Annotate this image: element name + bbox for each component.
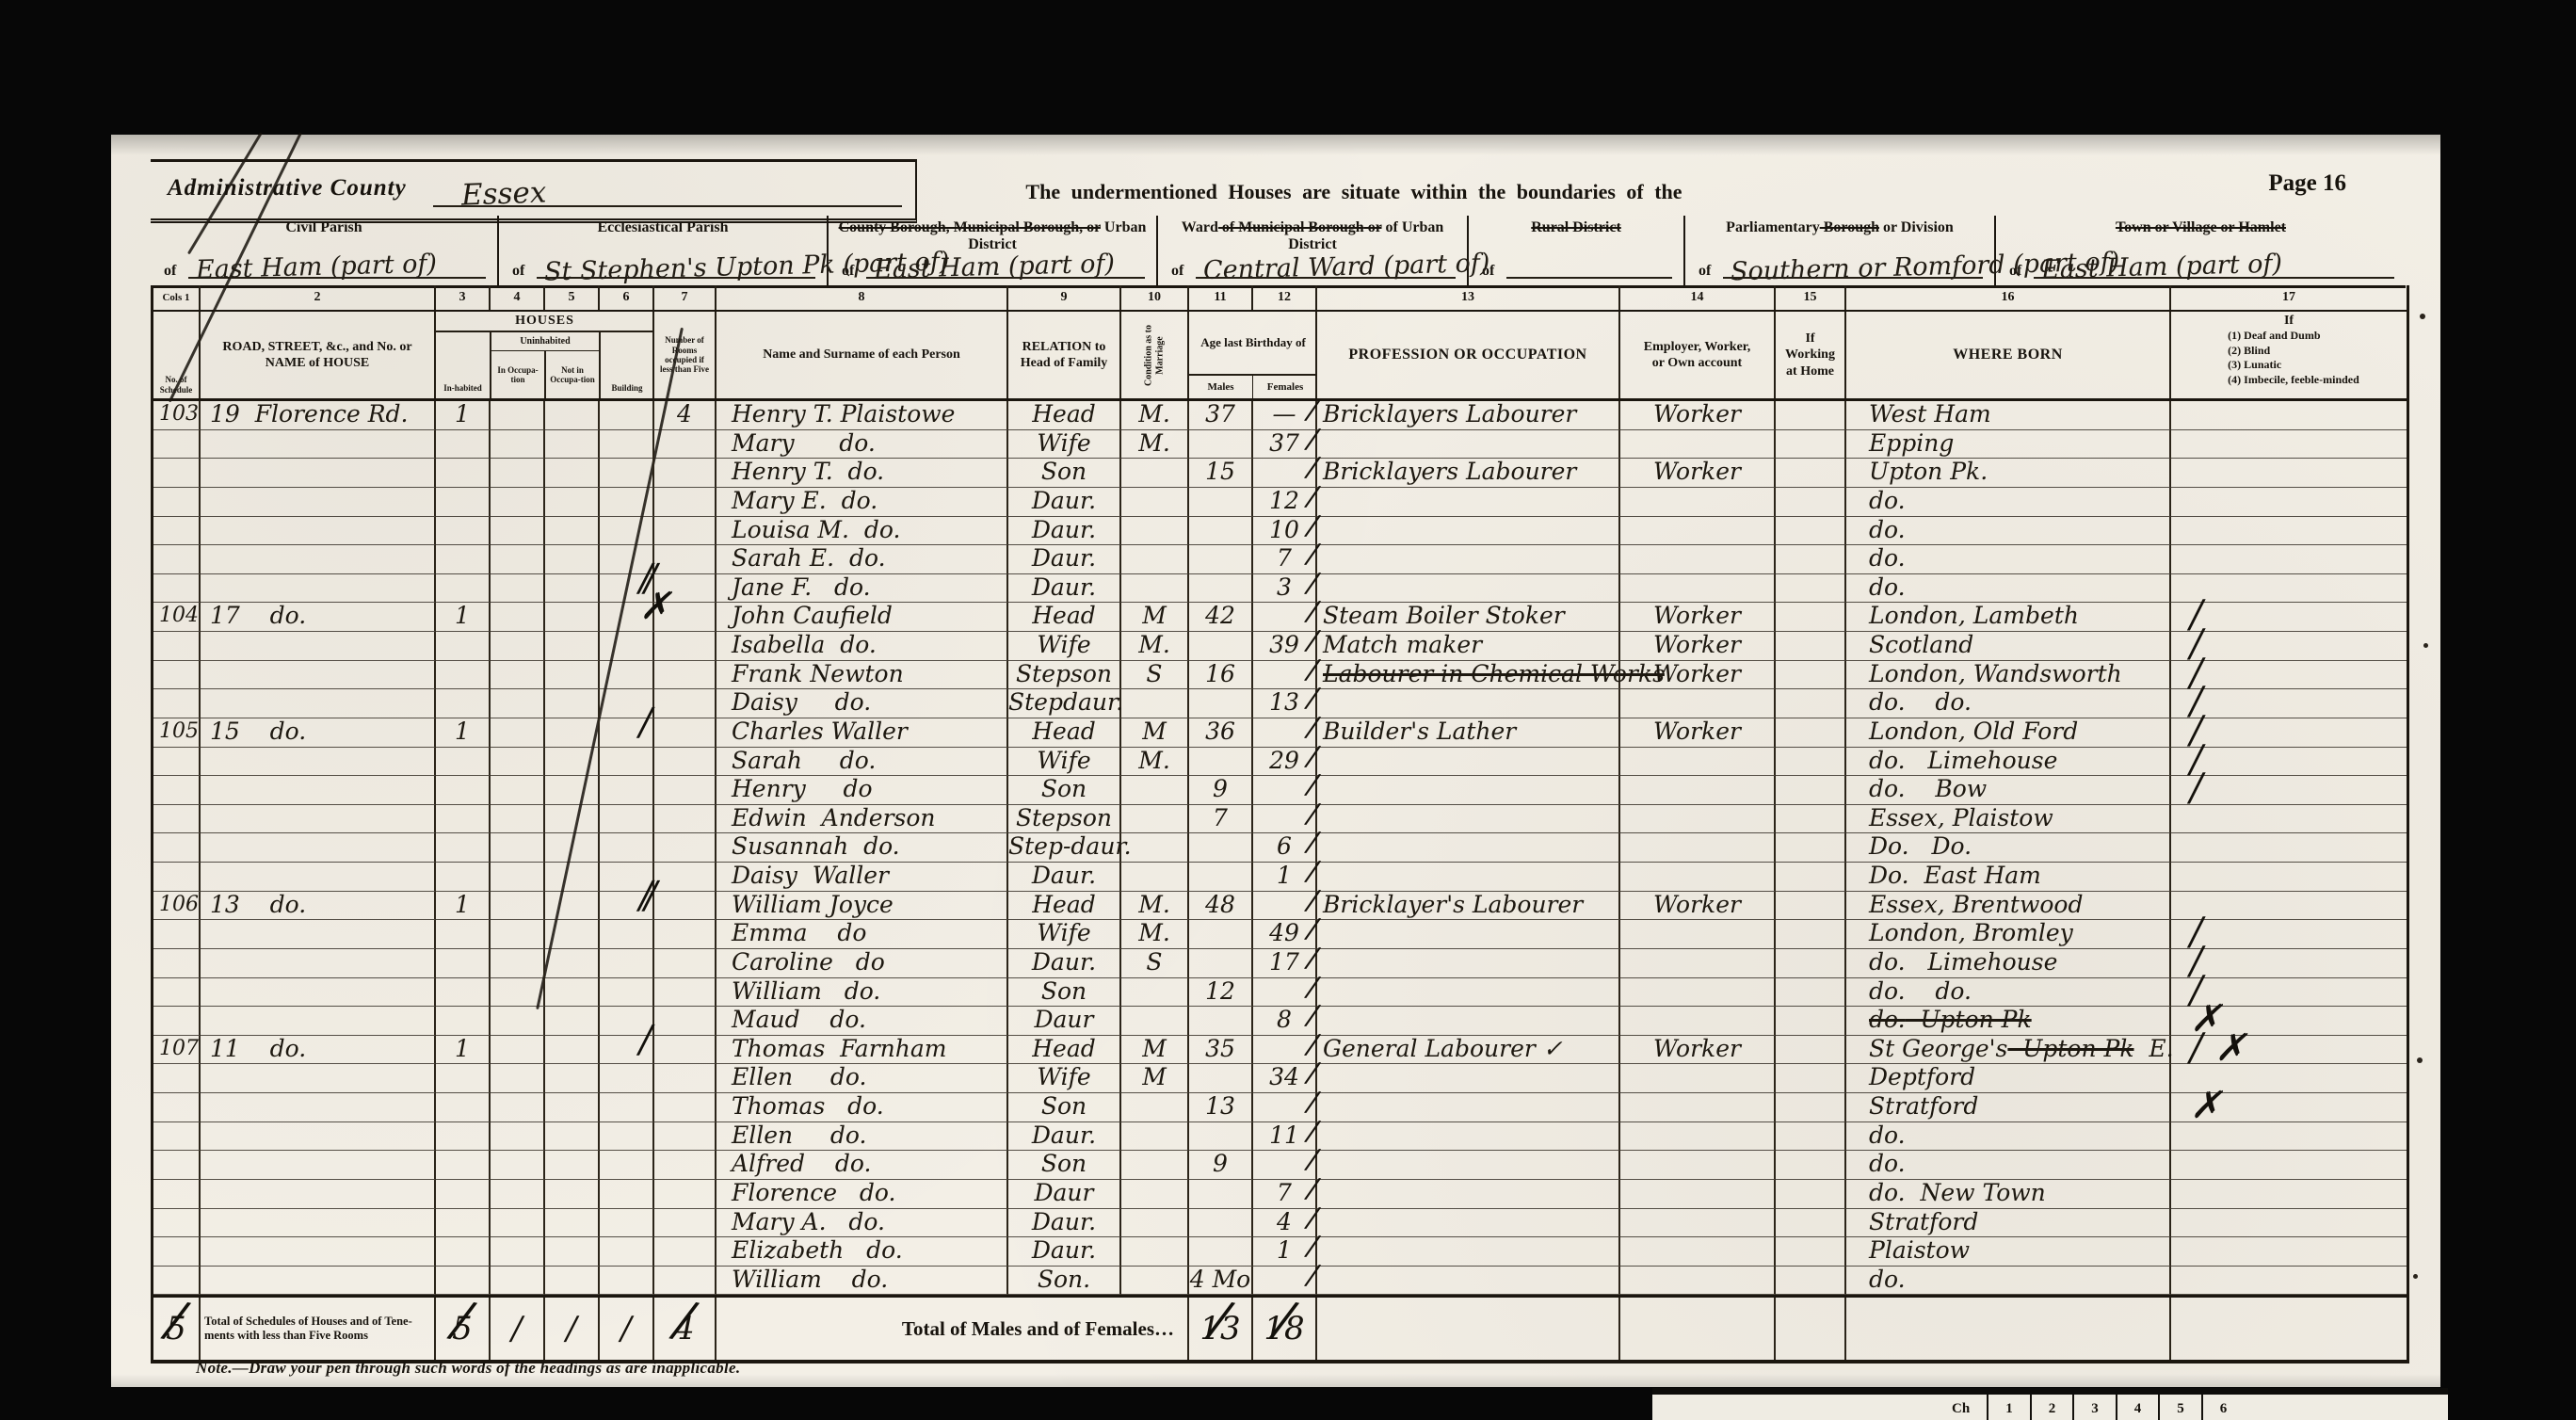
cell-age-male: 15 bbox=[1189, 459, 1253, 488]
cell-age-male: 37 bbox=[1189, 401, 1253, 430]
cell-schedule-number bbox=[153, 488, 201, 517]
cell-occupation: / bbox=[1317, 978, 1620, 1008]
cell-uninhabited-not-occupation bbox=[545, 1007, 600, 1036]
cell-employer bbox=[1620, 1151, 1776, 1180]
cell-road bbox=[201, 1209, 436, 1238]
cell-age-male: 7 bbox=[1189, 805, 1253, 834]
cell-name: Alfred do. bbox=[716, 1151, 1008, 1180]
cell-relation: Step-daur. bbox=[1008, 833, 1121, 863]
cell-where-born: do. do. bbox=[1846, 689, 2171, 718]
cell-employer: Worker bbox=[1620, 401, 1776, 430]
cell-name: Florence do. bbox=[716, 1180, 1008, 1209]
cell-age-male: 9 bbox=[1189, 776, 1253, 805]
header-age-females: Females bbox=[1253, 376, 1317, 398]
column-number: Cols 1 bbox=[153, 285, 201, 310]
cell-relation: Daur bbox=[1008, 1007, 1121, 1036]
cell-road bbox=[201, 574, 436, 604]
cell-where-born: do. bbox=[1846, 1267, 2171, 1296]
cell-inhabited bbox=[436, 1180, 491, 1209]
cell-uninhabited-in-occupation bbox=[491, 661, 545, 690]
table-row: William do. Son 12 / do. do. / bbox=[153, 978, 2407, 1008]
cell-employer bbox=[1620, 863, 1776, 892]
district-of-label: of bbox=[1171, 263, 1183, 280]
header-infirmity-list: (1) Deaf and Dumb(2) Blind(3) Lunatic(4)… bbox=[2218, 329, 2359, 387]
cell-employer bbox=[1620, 574, 1776, 604]
cell-inhabited bbox=[436, 1064, 491, 1093]
cell-infirmity bbox=[2171, 805, 2407, 834]
cell-name: Daisy Waller bbox=[716, 863, 1008, 892]
cell-schedule-number: 106 bbox=[153, 892, 201, 921]
cell-relation: Stepson bbox=[1008, 805, 1121, 834]
cell-relation: Daur. bbox=[1008, 863, 1121, 892]
cell-age-male bbox=[1189, 748, 1253, 777]
cell-inhabited bbox=[436, 748, 491, 777]
situate-heading: The undermentioned Houses are situate wi… bbox=[940, 180, 1768, 204]
column-number: 13 bbox=[1317, 285, 1620, 310]
cell-schedule-number: 107 bbox=[153, 1036, 201, 1065]
cell-name: Ellen do. bbox=[716, 1064, 1008, 1093]
header-at-home: If Working at Home bbox=[1776, 312, 1846, 398]
cell-relation: Daur. bbox=[1008, 1122, 1121, 1152]
pen-mark: ∕ bbox=[639, 709, 644, 735]
cell-road bbox=[201, 805, 436, 834]
cell-uninhabited-in-occupation bbox=[491, 1036, 545, 1065]
cell-age-male bbox=[1189, 488, 1253, 517]
cell-condition: S bbox=[1121, 661, 1189, 690]
cell-building bbox=[600, 488, 654, 517]
table-row: Daisy Waller Daur. 1 / Do. East Ham bbox=[153, 863, 2407, 892]
cell-where-born: do. Limehouse bbox=[1846, 748, 2171, 777]
cell-condition bbox=[1121, 863, 1189, 892]
occupation-text: Builder's Lather bbox=[1323, 718, 1516, 745]
cell-infirmity bbox=[2171, 1237, 2407, 1267]
cell-at-home bbox=[1776, 1007, 1846, 1036]
cell-name: William do. bbox=[716, 978, 1008, 1008]
cell-at-home bbox=[1776, 1237, 1846, 1267]
cell-where-born: Essex, Brentwood bbox=[1846, 892, 2171, 921]
cell-schedule-number bbox=[153, 805, 201, 834]
table-row: Maud do. Daur 8 / do. Upton Pk ✗ bbox=[153, 1007, 2407, 1036]
cell-relation: Daur. bbox=[1008, 574, 1121, 604]
cell-at-home bbox=[1776, 776, 1846, 805]
cell-rooms bbox=[654, 1064, 716, 1093]
cell-employer: Worker bbox=[1620, 718, 1776, 748]
cell-employer bbox=[1620, 545, 1776, 574]
text-part: St George's bbox=[1869, 1035, 2007, 1062]
cell-occupation: / bbox=[1317, 488, 1620, 517]
header-name: Name and Surname of each Person bbox=[716, 312, 1008, 398]
cell-occupation: /Labourer in Chemical Works bbox=[1317, 661, 1620, 690]
cell-employer bbox=[1620, 949, 1776, 978]
census-sheet-scan: Administrative County Essex The undermen… bbox=[111, 135, 2440, 1387]
cell-infirmity bbox=[2171, 1122, 2407, 1152]
cell-at-home bbox=[1776, 1180, 1846, 1209]
cell-road bbox=[201, 1180, 436, 1209]
cell-building bbox=[600, 748, 654, 777]
cell-at-home bbox=[1776, 1093, 1846, 1122]
cell-occupation: / bbox=[1317, 574, 1620, 604]
cell-road bbox=[201, 488, 436, 517]
column-number: 6 bbox=[600, 285, 654, 310]
cell-uninhabited-not-occupation bbox=[545, 833, 600, 863]
column-numbers-row: Cols 1234567891011121314151617 bbox=[153, 285, 2407, 312]
table-row: Elizabeth do. Daur. 1 / Plaistow bbox=[153, 1237, 2407, 1267]
next-page-column-number: 2 bbox=[2030, 1395, 2073, 1420]
cell-rooms bbox=[654, 1093, 716, 1122]
cell-age-male bbox=[1189, 574, 1253, 604]
cell-occupation: /Match maker bbox=[1317, 632, 1620, 661]
cell-relation: Stepdaur. bbox=[1008, 689, 1121, 718]
cell-occupation: / bbox=[1317, 1064, 1620, 1093]
cell-road bbox=[201, 1237, 436, 1267]
cell-age-male bbox=[1189, 430, 1253, 460]
scan-speck bbox=[2423, 643, 2428, 648]
cell-infirmity bbox=[2171, 574, 2407, 604]
cell-name: Emma do bbox=[716, 920, 1008, 949]
cell-condition bbox=[1121, 805, 1189, 834]
cell-where-born: do. bbox=[1846, 517, 2171, 546]
cell-road bbox=[201, 1007, 436, 1036]
cell-uninhabited-in-occupation bbox=[491, 545, 545, 574]
cell-uninhabited-in-occupation bbox=[491, 863, 545, 892]
header-road: ROAD, STREET, &c., and No. or NAME of HO… bbox=[201, 312, 436, 398]
cell-uninhabited-not-occupation bbox=[545, 603, 600, 632]
cell-uninhabited-in-occupation bbox=[491, 1267, 545, 1296]
cell-where-born: Deptford bbox=[1846, 1064, 2171, 1093]
column-number: 16 bbox=[1846, 285, 2171, 310]
table-header-row: No. of Schedule ROAD, STREET, &c., and N… bbox=[153, 312, 2407, 401]
text-part: Upton Pk bbox=[2007, 1035, 2133, 1062]
next-page-column-number: 5 bbox=[2158, 1395, 2201, 1420]
total-uninhabited-mark: ∕ bbox=[491, 1298, 545, 1360]
cell-employer bbox=[1620, 920, 1776, 949]
cell-inhabited bbox=[436, 459, 491, 488]
cell-uninhabited-not-occupation bbox=[545, 632, 600, 661]
cell-uninhabited-in-occupation bbox=[491, 1151, 545, 1180]
total-houses-label: Total of Schedules of Houses and of Tene… bbox=[201, 1298, 436, 1360]
cell-infirmity: / bbox=[2171, 776, 2407, 805]
cell-rooms bbox=[654, 689, 716, 718]
cell-where-born: Stratford bbox=[1846, 1209, 2171, 1238]
table-row: Thomas do. Son 13 / Stratford ✗ bbox=[153, 1093, 2407, 1122]
table-row: 105 15 do. 1 ∕ Charles Waller Head M 36 … bbox=[153, 718, 2407, 748]
cell-schedule-number bbox=[153, 776, 201, 805]
cell-uninhabited-not-occupation bbox=[545, 776, 600, 805]
cell-uninhabited-in-occupation bbox=[491, 603, 545, 632]
cell-condition: M. bbox=[1121, 920, 1189, 949]
cell-age-male bbox=[1189, 1064, 1253, 1093]
cell-condition bbox=[1121, 1237, 1189, 1267]
cell-name: Daisy do. bbox=[716, 689, 1008, 718]
next-page-blank bbox=[1652, 1395, 1935, 1420]
cell-inhabited bbox=[436, 545, 491, 574]
cell-schedule-number bbox=[153, 920, 201, 949]
cell-relation: Son bbox=[1008, 1093, 1121, 1122]
table-row: Ellen do. Wife M 34 / Deptford bbox=[153, 1064, 2407, 1093]
cell-relation: Daur. bbox=[1008, 488, 1121, 517]
column-number: 10 bbox=[1121, 285, 1189, 310]
district-label: Civil Parish bbox=[151, 219, 497, 236]
cell-at-home bbox=[1776, 1064, 1846, 1093]
pen-slash: ∕ bbox=[620, 1310, 631, 1347]
cell-condition bbox=[1121, 488, 1189, 517]
district-label-part: Ward bbox=[1182, 219, 1218, 235]
cell-uninhabited-in-occupation bbox=[491, 488, 545, 517]
header-schedule: No. of Schedule bbox=[153, 312, 201, 398]
admin-county-box: Administrative County Essex bbox=[151, 159, 917, 223]
cell-inhabited bbox=[436, 1151, 491, 1180]
cell-occupation: / bbox=[1317, 833, 1620, 863]
district-label-part: Rural District bbox=[1531, 219, 1621, 235]
district-label-part: Parliamentary bbox=[1726, 219, 1820, 235]
cell-building bbox=[600, 1267, 654, 1296]
cell-schedule-number bbox=[153, 863, 201, 892]
occupation-text: Bricklayer's Labourer bbox=[1323, 891, 1583, 918]
cell-rooms: ∕ bbox=[654, 718, 716, 748]
cell-uninhabited-in-occupation bbox=[491, 632, 545, 661]
cell-infirmity bbox=[2171, 863, 2407, 892]
scan-speck bbox=[2420, 314, 2425, 319]
cell-condition bbox=[1121, 833, 1189, 863]
cell-age-male bbox=[1189, 689, 1253, 718]
cell-inhabited bbox=[436, 488, 491, 517]
cell-infirmity bbox=[2171, 545, 2407, 574]
occupation-text: Match maker bbox=[1323, 631, 1482, 658]
cell-at-home bbox=[1776, 920, 1846, 949]
cell-where-born: do. Upton Pk bbox=[1846, 1007, 2171, 1036]
column-number: 12 bbox=[1253, 285, 1317, 310]
table-row: Mary A. do. Daur. 4 / Stratford bbox=[153, 1209, 2407, 1238]
table-row: Daisy do. Stepdaur. 13 / do. do. / bbox=[153, 689, 2407, 718]
table-row: Edwin Anderson Stepson 7 / Essex, Plaist… bbox=[153, 805, 2407, 834]
cell-at-home bbox=[1776, 689, 1846, 718]
census-table: Cols 1234567891011121314151617 No. of Sc… bbox=[151, 285, 2409, 1364]
cell-road bbox=[201, 833, 436, 863]
cell-where-born: do. bbox=[1846, 574, 2171, 604]
cell-rooms bbox=[654, 632, 716, 661]
cell-where-born: do. Bow bbox=[1846, 776, 2171, 805]
district-value-line: of bbox=[1476, 251, 1676, 283]
cell-condition: M bbox=[1121, 1036, 1189, 1065]
scan-speck bbox=[2413, 1274, 2418, 1279]
cell-age-male bbox=[1189, 1209, 1253, 1238]
cell-uninhabited-in-occupation bbox=[491, 833, 545, 863]
cell-uninhabited-in-occupation bbox=[491, 949, 545, 978]
cell-at-home bbox=[1776, 863, 1846, 892]
infirmity-item: (3) Lunatic bbox=[2228, 358, 2359, 373]
cell-road: 17 do. bbox=[201, 603, 436, 632]
cell-condition bbox=[1121, 517, 1189, 546]
cell-condition bbox=[1121, 574, 1189, 604]
cell-building bbox=[600, 401, 654, 430]
cell-occupation: / bbox=[1317, 689, 1620, 718]
cell-inhabited bbox=[436, 632, 491, 661]
column-number: 9 bbox=[1008, 285, 1121, 310]
cell-condition: M. bbox=[1121, 632, 1189, 661]
cell-at-home bbox=[1776, 978, 1846, 1008]
cell-rooms bbox=[654, 978, 716, 1008]
cell-name: Mary A. do. bbox=[716, 1209, 1008, 1238]
cell-inhabited bbox=[436, 833, 491, 863]
cell-inhabited bbox=[436, 430, 491, 460]
cell-condition: M. bbox=[1121, 748, 1189, 777]
cell-inhabited bbox=[436, 517, 491, 546]
cell-occupation: / bbox=[1317, 776, 1620, 805]
next-page-edge: Ch 123456 bbox=[1652, 1388, 2448, 1420]
cell-age-male bbox=[1189, 1237, 1253, 1267]
cell-relation: Daur. bbox=[1008, 517, 1121, 546]
cell-rooms: 4 bbox=[654, 401, 716, 430]
cell-rooms bbox=[654, 748, 716, 777]
table-row: Henry T. do. Son 15 /Bricklayers Laboure… bbox=[153, 459, 2407, 488]
cell-occupation: / bbox=[1317, 1180, 1620, 1209]
cell-condition bbox=[1121, 459, 1189, 488]
cell-relation: Son bbox=[1008, 978, 1121, 1008]
cell-name: William Joyce bbox=[716, 892, 1008, 921]
district-box: Civil Parish of East Ham (part of) bbox=[151, 216, 499, 285]
cell-name: Sarah E. do. bbox=[716, 545, 1008, 574]
district-label-part: Ecclesiastical Parish bbox=[597, 219, 728, 235]
cell-name: Charles Waller bbox=[716, 718, 1008, 748]
cell-uninhabited-in-occupation bbox=[491, 1007, 545, 1036]
cell-uninhabited-not-occupation bbox=[545, 718, 600, 748]
cell-building bbox=[600, 920, 654, 949]
total-houses-label-text: Total of Schedules of Houses and of Tene… bbox=[201, 1313, 434, 1345]
header-condition: Condition as to Marriage bbox=[1121, 312, 1189, 398]
cell-infirmity: / bbox=[2171, 603, 2407, 632]
cell-name: Jane F. do. bbox=[716, 574, 1008, 604]
cell-uninhabited-not-occupation bbox=[545, 892, 600, 921]
cell-rooms bbox=[654, 1237, 716, 1267]
district-value-line: of St Stephen's Upton Pk (part of) bbox=[507, 251, 819, 283]
cell-uninhabited-in-occupation bbox=[491, 517, 545, 546]
header-age-males: Males bbox=[1189, 376, 1253, 398]
cell-rooms bbox=[654, 920, 716, 949]
cell-occupation: /General Labourer ✓ bbox=[1317, 1036, 1620, 1065]
total-females: 18 ∕ bbox=[1253, 1298, 1317, 1360]
cell-schedule-number bbox=[153, 1180, 201, 1209]
cell-uninhabited-not-occupation bbox=[545, 488, 600, 517]
district-of-label: of bbox=[164, 263, 176, 280]
cell-at-home bbox=[1776, 949, 1846, 978]
cell-condition: M bbox=[1121, 1064, 1189, 1093]
cell-relation: Daur. bbox=[1008, 949, 1121, 978]
cell-where-born: do. do. bbox=[1846, 978, 2171, 1008]
cell-employer bbox=[1620, 1209, 1776, 1238]
column-number: 2 bbox=[201, 285, 436, 310]
cell-building bbox=[600, 1093, 654, 1122]
cell-infirmity bbox=[2171, 1209, 2407, 1238]
cell-road bbox=[201, 689, 436, 718]
cell-building bbox=[600, 805, 654, 834]
cell-where-born: London, Wandsworth bbox=[1846, 661, 2171, 690]
totals-empty bbox=[1846, 1298, 2171, 1360]
cell-uninhabited-not-occupation bbox=[545, 1209, 600, 1238]
cell-rooms: ∕ bbox=[654, 1036, 716, 1065]
cell-inhabited bbox=[436, 1093, 491, 1122]
cell-schedule-number bbox=[153, 748, 201, 777]
cell-uninhabited-not-occupation bbox=[545, 430, 600, 460]
cell-schedule-number: 104 bbox=[153, 603, 201, 632]
header-houses-title: HOUSES bbox=[436, 312, 653, 332]
cell-at-home bbox=[1776, 833, 1846, 863]
cell-relation: Son bbox=[1008, 776, 1121, 805]
cell-road bbox=[201, 776, 436, 805]
district-underline bbox=[1506, 277, 1672, 279]
cell-relation: Wife bbox=[1008, 748, 1121, 777]
cell-rooms bbox=[654, 949, 716, 978]
cell-uninhabited-in-occupation bbox=[491, 1064, 545, 1093]
cell-schedule-number bbox=[153, 689, 201, 718]
cell-road: 11 do. bbox=[201, 1036, 436, 1065]
cell-infirmity bbox=[2171, 1180, 2407, 1209]
cell-inhabited bbox=[436, 805, 491, 834]
cell-condition bbox=[1121, 978, 1189, 1008]
cell-relation: Daur. bbox=[1008, 1237, 1121, 1267]
totals-row: 5 ∕ Total of Schedules of Houses and of … bbox=[153, 1295, 2407, 1364]
cell-age-male bbox=[1189, 949, 1253, 978]
occupation-text: General Labourer ✓ bbox=[1323, 1035, 1563, 1062]
cell-occupation: / bbox=[1317, 949, 1620, 978]
cell-name: Edwin Anderson bbox=[716, 805, 1008, 834]
cell-building bbox=[600, 949, 654, 978]
cell-road bbox=[201, 545, 436, 574]
cell-name: Sarah do. bbox=[716, 748, 1008, 777]
cell-age-male: 16 bbox=[1189, 661, 1253, 690]
cell-condition bbox=[1121, 689, 1189, 718]
cell-road: 15 do. bbox=[201, 718, 436, 748]
cell-uninhabited-not-occupation bbox=[545, 1122, 600, 1152]
cell-rooms bbox=[654, 776, 716, 805]
cell-where-born: Scotland bbox=[1846, 632, 2171, 661]
cell-road bbox=[201, 517, 436, 546]
cell-uninhabited-in-occupation bbox=[491, 1093, 545, 1122]
cell-schedule-number: 103 bbox=[153, 401, 201, 430]
cell-inhabited bbox=[436, 863, 491, 892]
cell-building bbox=[600, 1151, 654, 1180]
cell-infirmity bbox=[2171, 1267, 2407, 1296]
cell-name: Frank Newton bbox=[716, 661, 1008, 690]
table-row: Louisa M. do. Daur. 10 / do. bbox=[153, 517, 2407, 546]
cell-relation: Son bbox=[1008, 459, 1121, 488]
cell-road bbox=[201, 1064, 436, 1093]
cell-infirmity bbox=[2171, 430, 2407, 460]
cell-rooms bbox=[654, 863, 716, 892]
cell-age-male bbox=[1189, 920, 1253, 949]
cell-name: Thomas do. bbox=[716, 1093, 1008, 1122]
scan-speck bbox=[2417, 1057, 2423, 1063]
cell-uninhabited-in-occupation bbox=[491, 1209, 545, 1238]
cell-building bbox=[600, 517, 654, 546]
cell-schedule-number bbox=[153, 517, 201, 546]
cell-age-male bbox=[1189, 863, 1253, 892]
cell-rooms bbox=[654, 833, 716, 863]
cell-schedule-number bbox=[153, 949, 201, 978]
cell-building bbox=[600, 661, 654, 690]
cell-building bbox=[600, 833, 654, 863]
cell-relation: Daur. bbox=[1008, 545, 1121, 574]
district-of-label: of bbox=[1699, 263, 1711, 280]
cell-where-born: do. bbox=[1846, 545, 2171, 574]
cell-age-male bbox=[1189, 545, 1253, 574]
cell-building bbox=[600, 718, 654, 748]
cell-employer bbox=[1620, 689, 1776, 718]
occupation-text: Bricklayers Labourer bbox=[1323, 400, 1576, 428]
cell-uninhabited-in-occupation bbox=[491, 748, 545, 777]
cell-employer bbox=[1620, 1007, 1776, 1036]
cell-building bbox=[600, 1237, 654, 1267]
cell-condition bbox=[1121, 1180, 1189, 1209]
